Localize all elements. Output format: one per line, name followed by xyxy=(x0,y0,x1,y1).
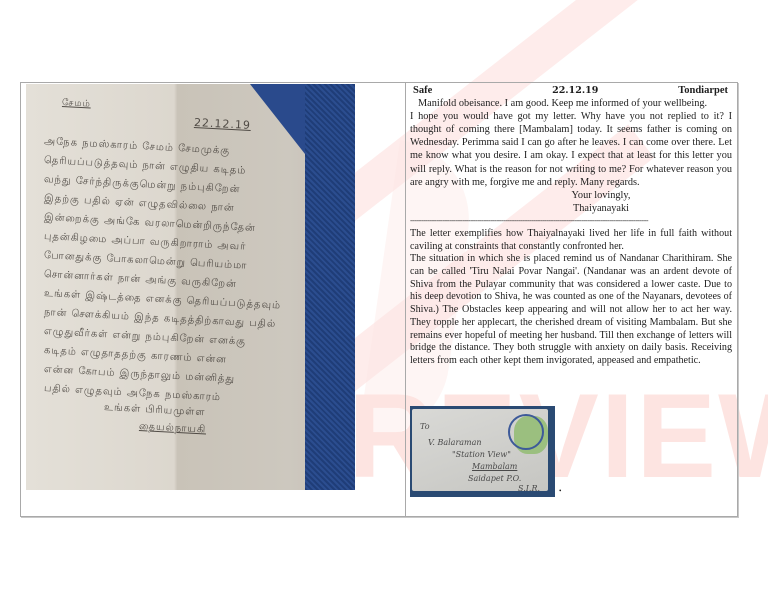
commentary-paragraph: The letter exemplifies how Thaiyalnayaki… xyxy=(410,228,732,253)
header-safe: Safe xyxy=(413,84,432,97)
bullet-mark: • xyxy=(559,487,561,495)
letter-closing: Your lovingly, xyxy=(410,189,732,202)
postmark-icon xyxy=(508,414,544,450)
letter-paragraph: Manifold obeisance. I am good. Keep me i… xyxy=(410,97,732,110)
header-place: Tondiarpet xyxy=(678,84,728,97)
envelope-line: "Station View" xyxy=(452,450,511,459)
translation-column: Safe 22.12.19 Tondiarpet Manifold obeisa… xyxy=(410,84,732,368)
column-divider xyxy=(405,83,406,516)
document-table: சேமம் 22.12.19 அநேக நமஸ்காரம் சேமம் சேமம… xyxy=(20,82,738,517)
envelope-photo: To V. Balaraman "Station View" Mambalam … xyxy=(410,406,555,497)
commentary-paragraph: The situation in which she is placed rem… xyxy=(410,253,732,367)
header-date: 22.12.19 xyxy=(552,84,598,97)
envelope-line: To xyxy=(420,422,430,431)
envelope-line: Mambalam xyxy=(472,462,517,471)
envelope-line: Saidapet P.O. xyxy=(468,474,521,483)
letter-header: Safe 22.12.19 Tondiarpet xyxy=(410,84,732,97)
separator-line: ----------------------------------------… xyxy=(410,217,732,225)
letter-paragraph: I hope you would have got my letter. Why… xyxy=(410,110,732,189)
envelope-line: V. Balaraman xyxy=(428,438,482,447)
tamil-handwriting: சேமம் 22.12.19 அநேக நமஸ்காரம் சேமம் சேமம… xyxy=(44,94,344,436)
letter-signature-translation: Thaiyanayaki xyxy=(410,202,732,215)
envelope-line: S.I.R. xyxy=(518,484,540,493)
handwritten-letter-photo: சேமம் 22.12.19 அநேக நமஸ்காரம் சேமம் சேமம… xyxy=(26,84,355,490)
